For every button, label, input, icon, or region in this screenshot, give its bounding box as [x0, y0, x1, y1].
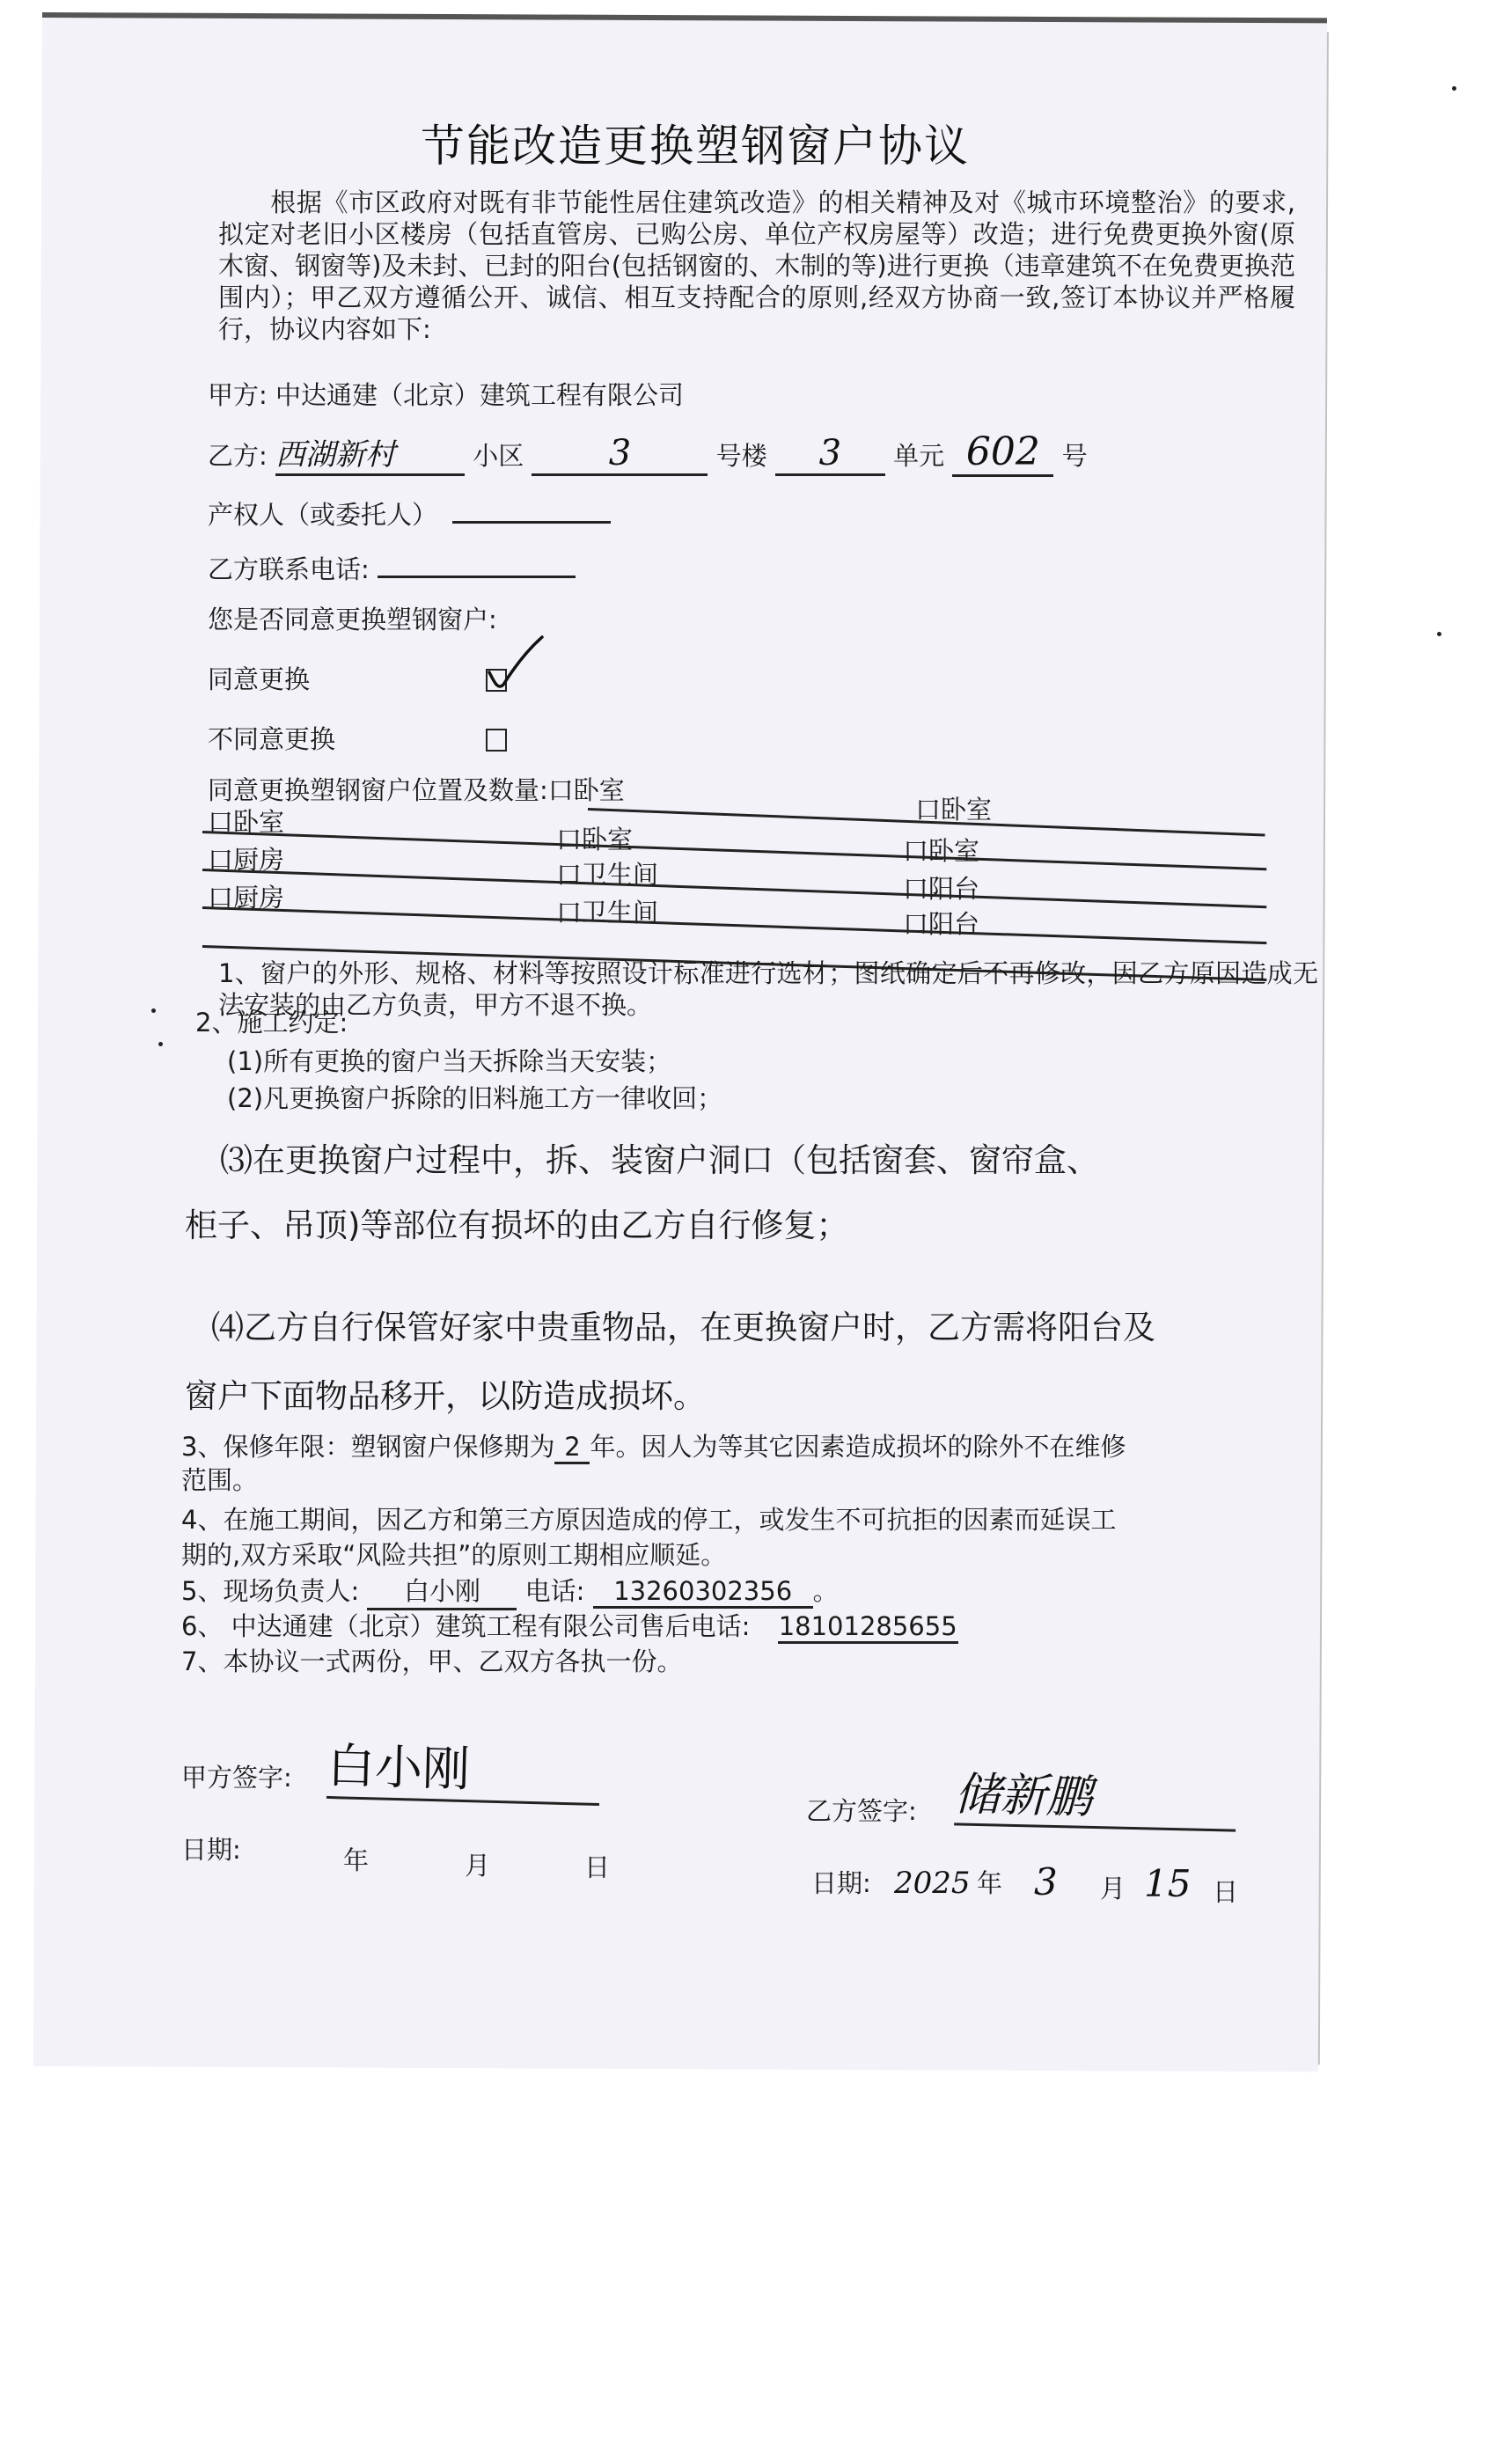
clause-2-2: (2)凡更换窗户拆除的旧料施工方一律收回；	[227, 1079, 722, 1115]
room-field[interactable]: 602	[952, 429, 1053, 477]
agree-checkbox[interactable]	[486, 669, 509, 692]
party-b-year-value[interactable]: 2025	[894, 1866, 971, 1901]
warranty-years[interactable]: 2	[554, 1432, 590, 1464]
party-b-sign-label: 乙方签字:	[806, 1792, 917, 1828]
clause-3-cont: 范围。	[181, 1461, 258, 1497]
party-b-day: 日	[1213, 1873, 1238, 1909]
clause-2-1: (1)所有更换的窗户当天拆除当天安装；	[227, 1042, 671, 1078]
owner-label: 产权人（或委托人）	[208, 500, 437, 530]
party-a-month[interactable]: 月	[465, 1846, 490, 1882]
party-a-year[interactable]: 年	[343, 1841, 369, 1877]
position-item[interactable]: 口阳台	[903, 869, 979, 906]
owner-line: 产权人（或委托人）	[208, 491, 611, 532]
party-b-label: 乙方:	[208, 441, 268, 471]
disagree-checkbox[interactable]	[486, 729, 509, 752]
clause-3-text: 年。因人为等其它因素造成损坏的除外不在维修	[590, 1432, 1126, 1462]
party-a-name: 中达通建（北京）建筑工程有限公司	[275, 380, 684, 410]
position-item[interactable]: 口阳台	[903, 905, 979, 941]
party-b-line: 乙方: 西湖新村 小区 3 号楼 3 单元 602 号	[208, 429, 1088, 477]
phone-line: 乙方联系电话:	[208, 546, 576, 586]
position-item[interactable]: 口卧室	[548, 775, 625, 805]
checkbox-box	[486, 729, 507, 752]
clause-2-4-line-1: ⑷乙方自行保管好家中贵重物品，在更换窗户时，乙方需将阳台及	[211, 1301, 1155, 1348]
position-item[interactable]: 口卧室	[903, 832, 979, 868]
position-item[interactable]: 口卫生间	[556, 893, 658, 929]
party-a-day[interactable]: 日	[584, 1848, 610, 1884]
clause-2-3-line-2: 柜子、吊顶)等部位有损坏的由乙方自行修复；	[185, 1199, 848, 1246]
clause-5-phone-label: 电话:	[525, 1576, 585, 1606]
party-a-sign-label: 甲方签字:	[181, 1758, 292, 1794]
party-b-signature[interactable]: 储新鹏	[954, 1756, 1237, 1831]
clause-5-end: 。	[813, 1576, 839, 1606]
owner-field[interactable]	[452, 491, 611, 524]
party-b-day-value[interactable]: 15	[1144, 1862, 1191, 1905]
building-suffix: 号楼	[716, 441, 767, 471]
clause-4-line-1: 4、在施工期间，因乙方和第三方原因造成的停工，或发生不可抗拒的因素而延误工	[181, 1500, 1116, 1536]
clause-5: 5、现场负责人: 白小刚 电话: 13260302356。	[181, 1572, 839, 1610]
checkmark-icon	[484, 632, 546, 693]
clause-1: 1、窗户的外形、规格、材料等按照设计标准进行选材；图纸确定后不再修改，因乙方原因…	[218, 957, 1318, 1021]
scan-speck	[158, 1042, 163, 1046]
agree-label: 同意更换	[208, 660, 310, 696]
page-title: 节能改造更换塑钢窗户协议	[421, 111, 970, 174]
consent-question: 您是否同意更换塑钢窗户:	[208, 600, 497, 636]
unit-suffix: 单元	[893, 441, 944, 471]
clause-2-title: 2、施工约定:	[195, 1003, 348, 1039]
party-a-line: 甲方: 中达通建（北京）建筑工程有限公司	[208, 376, 684, 412]
phone-label: 乙方联系电话:	[208, 554, 370, 584]
disagree-label: 不同意更换	[208, 720, 335, 756]
party-b-month-value[interactable]: 3	[1034, 1860, 1058, 1903]
positions-label: 同意更换塑钢窗户位置及数量:	[208, 775, 548, 805]
positions-label-line: 同意更换塑钢窗户位置及数量:口卧室	[208, 771, 625, 807]
party-a-date-label: 日期:	[181, 1830, 241, 1866]
page-edge	[1318, 32, 1329, 2064]
party-b-month: 月	[1100, 1869, 1126, 1905]
clause-3-text: 3、保修年限：塑钢窗户保修期为	[181, 1432, 554, 1462]
clause-4-line-2: 期的,双方采取“风险共担”的原则工期相应顺延。	[181, 1536, 726, 1572]
building-field[interactable]: 3	[532, 433, 708, 476]
phone-field[interactable]	[378, 546, 576, 578]
clause-6-label: 6、 中达通建（北京）建筑工程有限公司售后电话:	[181, 1611, 750, 1641]
community-suffix: 小区	[473, 441, 524, 471]
clause-5-label: 5、现场负责人:	[181, 1576, 359, 1606]
clause-2-3-line-1: ⑶在更换窗户过程中，拆、装窗户洞口（包括窗套、窗帘盒、	[220, 1133, 1099, 1181]
clause-2-4-line-2: 窗户下面物品移开，以防造成损坏。	[185, 1369, 706, 1417]
position-item[interactable]: 口卧室	[556, 820, 633, 856]
scan-speck	[1452, 86, 1456, 91]
site-manager-phone[interactable]: 13260302356	[593, 1576, 813, 1609]
unit-field[interactable]: 3	[775, 433, 885, 476]
room-suffix: 号	[1062, 441, 1088, 471]
party-b-date-label: 日期:	[811, 1864, 871, 1900]
after-sales-phone[interactable]: 18101285655	[778, 1611, 958, 1644]
scan-speck	[1437, 632, 1441, 636]
clause-7: 7、本协议一式两份，甲、乙双方各执一份。	[181, 1642, 682, 1678]
party-b-year: 年	[977, 1864, 1002, 1900]
clause-3: 3、保修年限：塑钢窗户保修期为2年。因人为等其它因素造成损坏的除外不在维修	[181, 1427, 1126, 1464]
site-manager-name[interactable]: 白小刚	[367, 1572, 517, 1610]
community-field[interactable]: 西湖新村	[275, 430, 465, 476]
intro-paragraph: 根据《市区政府对既有非节能性居住建筑改造》的相关精神及对《城市环境整治》的要求,…	[218, 187, 1295, 345]
party-a-signature[interactable]: 白小刚	[326, 1728, 601, 1806]
party-a-label: 甲方:	[208, 380, 268, 410]
clause-6: 6、 中达通建（北京）建筑工程有限公司售后电话: 18101285655	[181, 1607, 958, 1644]
scan-speck	[151, 1008, 156, 1013]
